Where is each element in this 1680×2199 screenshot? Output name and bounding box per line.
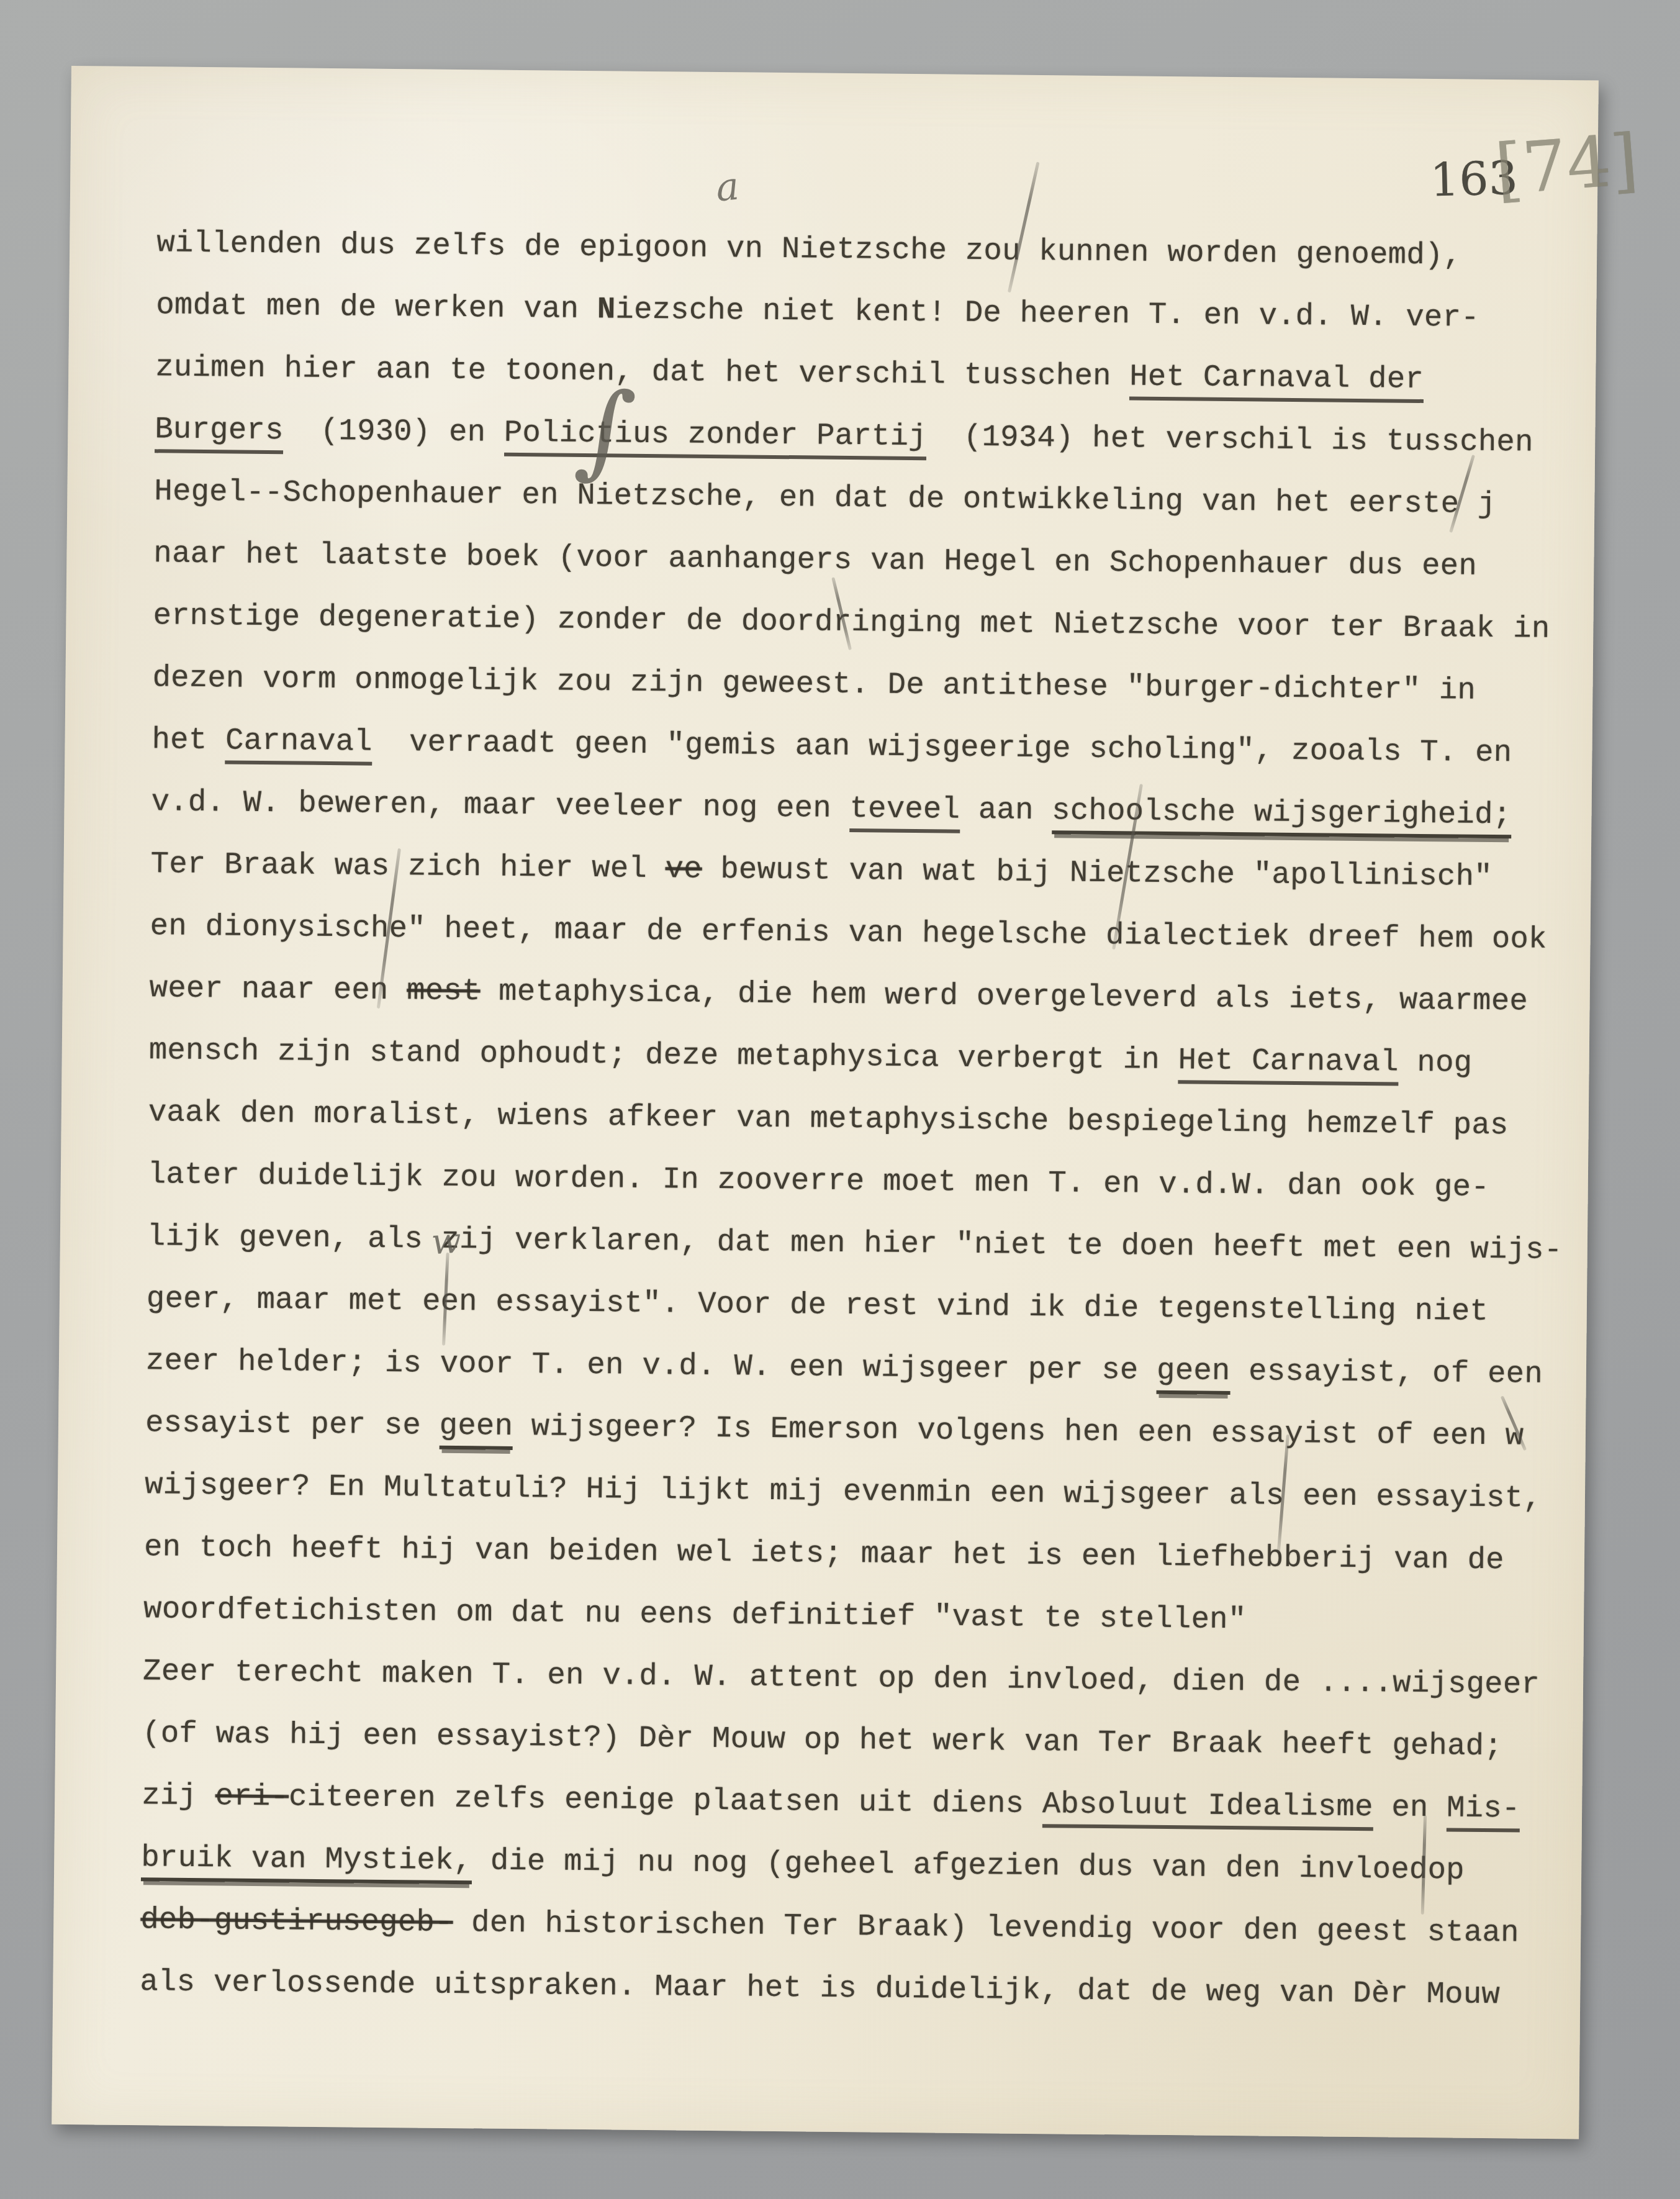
typescript-segment: als verlossende uitspraken. Maar het is … [140,1964,1500,2012]
typescript-segment: eri- [215,1779,289,1814]
typescript-segment: teveel [849,791,960,833]
typescript-segment: mest [407,973,481,1009]
typescript-segment: Carnaval [225,723,373,765]
typescript-segment: mensch zijn stand ophoudt; deze metaphys… [149,1033,1178,1077]
typescript-segment: zeer helder; is voor T. en v.d. W. een w… [146,1343,1157,1388]
typescript-segment: zij [142,1778,215,1813]
handwritten-letter-a: a [714,163,741,211]
typescript-segment: later duidelijk zou worden. In zooverre … [148,1157,1490,1205]
typescript-segment: Zeer terecht maken T. en v.d. W. attent … [143,1654,1540,1702]
typescript-segment: willenden dus zelfs de epigoon vn Nietzs… [156,225,1461,273]
typescript-segment: omdat men de werken van [156,288,597,327]
typescript-segment: en dionysische" heet, maar de erfenis va… [150,909,1547,957]
typescript-segment: aan [960,792,1052,828]
typescript-segment: citeeren zelfs eenige plaatsen uit diens [289,1779,1042,1821]
typescript-segment: dezen vorm onmogelijk zou zijn geweest. … [152,660,1476,707]
typescript-segment: N [597,292,616,327]
typescript-segment: Hegel--Schopenhauer en Nietzsche, en dat… [154,474,1496,522]
typescript-segment: Het Carnaval der [1129,359,1424,403]
typescript-segment: essayist, of een [1230,1354,1543,1392]
typescript-segment: deb-gustirusegeb- [140,1902,453,1940]
typescript-segment: wijsgeer? Is Emerson volgens hen een ess… [513,1409,1524,1454]
typescript-segment: het [151,722,225,758]
typescript-segment: Ter Braak was zich hier wel [150,846,665,886]
typescript-segment: ve [665,851,702,887]
typescript-segment: Het Carnaval [1178,1043,1399,1086]
typescript-segment: wijsgeer? En Multatuli? Hij lijkt mij ev… [145,1467,1542,1516]
typescript-segment: weer naar een [149,971,407,1008]
typescript-segment: bewust van wat bij Nietzsche "apollinisc… [702,852,1493,894]
typescript-segment: schoolsche wijsgerigheid; [1052,793,1512,838]
typescript-segment: metaphysica, die hem werd overgeleverd a… [480,974,1528,1018]
typescript-segment: (1930) en [283,413,504,450]
scanned-document-view: { "page": { "background_color": "#a3a5a6… [0,0,1680,2199]
typescript-text: willenden dus zelfs de epigoon vn Nietzs… [140,212,1591,2026]
typescript-segment: Absoluut Idealisme [1042,1787,1373,1831]
typescript-segment: verraadt geen "gemis aan wijsgeerige sch… [373,725,1512,771]
typescript-segment: en toch heeft hij van beiden wel iets; m… [144,1530,1504,1577]
typescript-segment: en [1373,1790,1447,1825]
typescript-segment: den historischen Ter Braak) levendig voo… [453,1905,1519,1950]
typescript-segment: geer, maar met een essayist". Voor de re… [147,1281,1489,1329]
typescript-segment: essayist per se [145,1405,440,1443]
typescript-segment: geen [439,1408,513,1450]
typescript-segment: bruik van Mystiek, [141,1840,472,1884]
typescript-line: als verlossende uitspraken. Maar het is … [140,1951,1574,2026]
typescript-segment: zuimen hier aan te toonen, dat het versc… [155,350,1130,394]
typescript-segment: geen [1157,1353,1231,1395]
typescript-segment: ernstige degeneratie) zonder de doordrin… [153,598,1550,646]
typescript-segment: (1934) het verschil is tusschen [926,419,1533,460]
typescript-segment: iezsche niet kent! De heeren T. en v.d. … [615,292,1479,335]
typescript-segment: Mis- [1447,1790,1520,1832]
typescript-segment: vaak den moralist, wiens afkeer van meta… [148,1095,1509,1143]
typescript-segment: die mij nu nog (geheel afgezien dus van … [472,1843,1465,1887]
typescript-segment: nog [1399,1045,1473,1081]
typescript-segment: woordfetichisten om dat nu eens definiti… [143,1592,1247,1637]
typescript-segment: (of was hij een essayist?) Dèr Mouw op h… [142,1716,1502,1764]
typescript-segment: v.d. W. beweren, maar veeleer nog een [151,784,849,826]
typescript-segment: lijk geven, als zij verklaren, dat men h… [147,1219,1563,1267]
typescript-segment: Polictius zonder Partij [504,415,927,461]
paper-sheet: 163 [74] willenden dus zelfs de epigoon … [52,66,1599,2139]
typescript-segment: Burgers [155,412,284,454]
typescript-segment: naar het laatste boek (voor aanhangers v… [153,536,1477,583]
bracket-page-number: [74] [1493,119,1641,211]
